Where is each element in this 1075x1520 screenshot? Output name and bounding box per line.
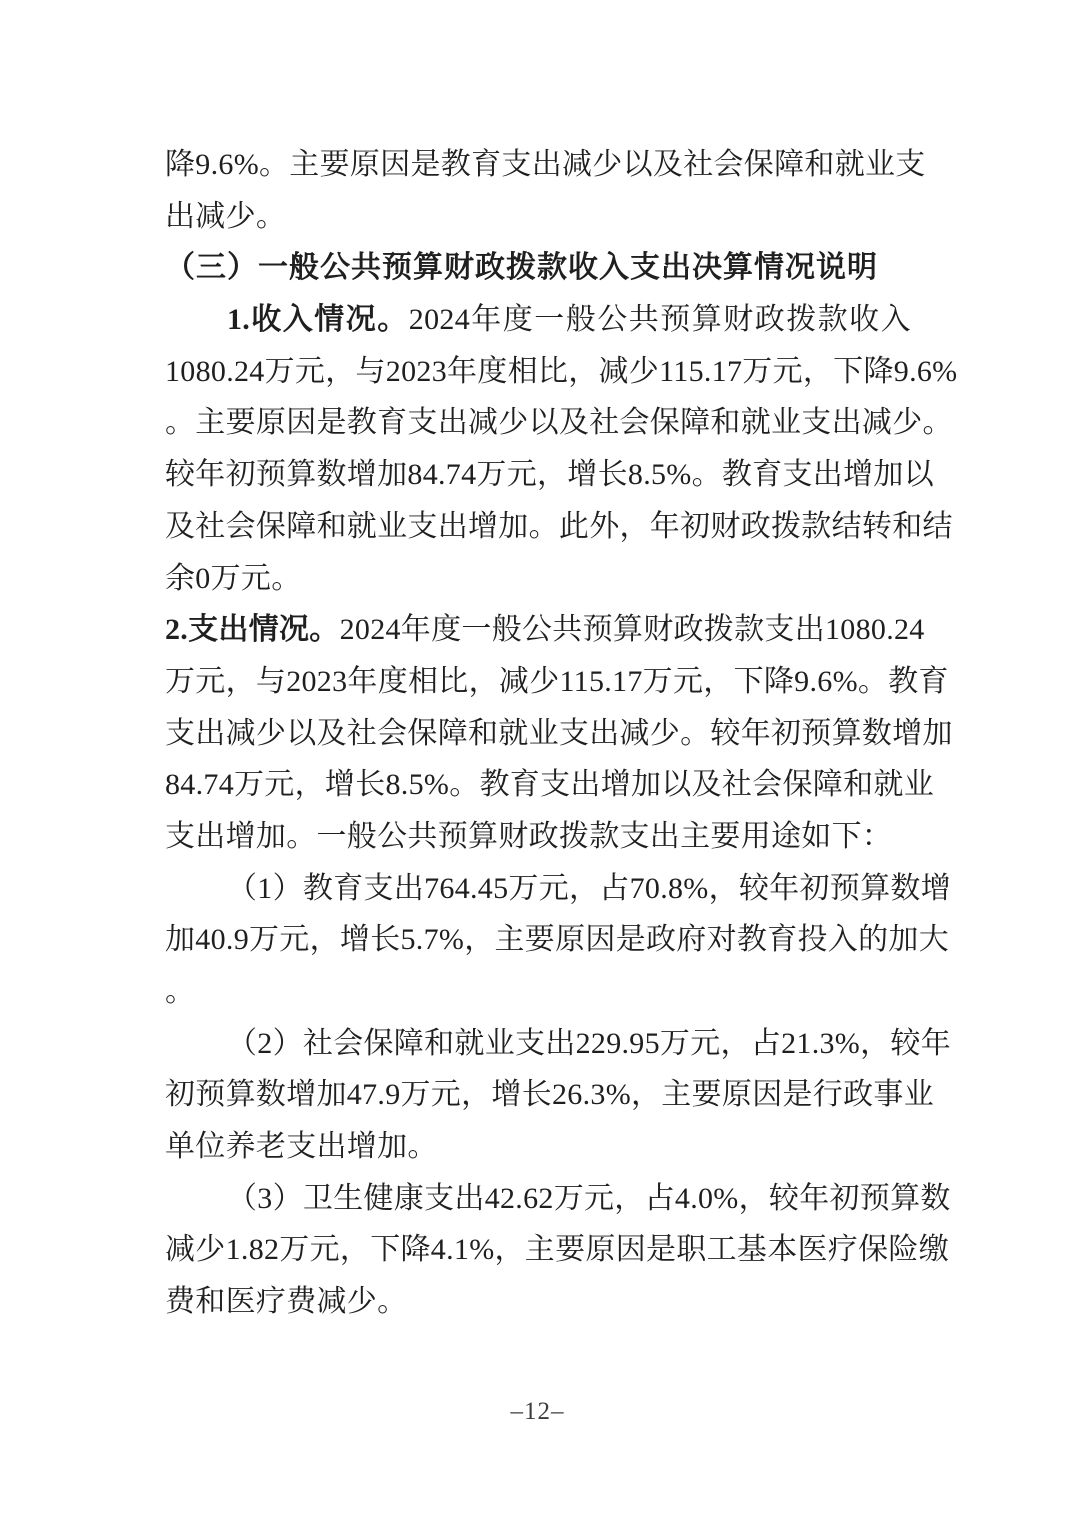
text-line: 费和医疗费减少。 bbox=[165, 1276, 911, 1328]
text-line: 1080.24万元，与2023年度相比，减少115.17万元，下降9.6% bbox=[165, 346, 911, 398]
body-text: 单位养老支出增加。 bbox=[165, 1130, 438, 1163]
body-text: 2024年度一般公共预算财政拨款支出1080.24 bbox=[340, 613, 925, 646]
body-text: 加40.9万元，增长5.7%，主要原因是政府对教育投入的加大 bbox=[165, 923, 949, 956]
body-text: 出减少。 bbox=[165, 200, 286, 233]
body-text: 2024年度一般公共预算财政拨款收入 bbox=[409, 303, 911, 336]
body-text: 降9.6%。主要原因是教育支出减少以及社会保障和就业支 bbox=[165, 148, 926, 181]
text-line: 减少1.82万元，下降4.1%，主要原因是职工基本医疗保险缴 bbox=[165, 1224, 911, 1276]
body-text: 支出减少以及社会保障和就业支出减少。较年初预算数增加 bbox=[165, 717, 953, 750]
text-line: 支出减少以及社会保障和就业支出减少。较年初预算数增加 bbox=[165, 708, 911, 760]
text-line: 及社会保障和就业支出增加。此外，年初财政拨款结转和结 bbox=[165, 501, 911, 553]
section-heading: （三）一般公共预算财政拨款收入支出决算情况说明 bbox=[165, 242, 911, 294]
text-line: （3）卫生健康支出42.62万元，占4.0%，较年初预算数 bbox=[165, 1173, 911, 1225]
body-text: 费和医疗费减少。 bbox=[165, 1285, 407, 1318]
body-text: 。 bbox=[165, 975, 195, 1008]
text-line: 万元，与2023年度相比，减少115.17万元，下降9.6%。教育 bbox=[165, 656, 911, 708]
text-line: 1.收入情况。2024年度一般公共预算财政拨款收入 bbox=[165, 294, 911, 346]
text-line: 余0万元。 bbox=[165, 553, 911, 605]
body-text: 万元，与2023年度相比，减少115.17万元，下降9.6%。教育 bbox=[165, 665, 949, 698]
body-text: 84.74万元，增长8.5%。教育支出增加以及社会保障和就业 bbox=[165, 768, 934, 801]
body-text: （1）教育支出764.45万元，占70.8%，较年初预算数增 bbox=[227, 872, 951, 905]
body-text: 。主要原因是教育支出减少以及社会保障和就业支出减少。 bbox=[165, 406, 953, 439]
bold-text: 2.支出情况。 bbox=[165, 613, 340, 646]
text-line: 加40.9万元，增长5.7%，主要原因是政府对教育投入的加大 bbox=[165, 914, 911, 966]
text-line: （2）社会保障和就业支出229.95万元，占21.3%，较年 bbox=[165, 1018, 911, 1070]
text-line: 。 bbox=[165, 966, 911, 1018]
page-footer: –12– bbox=[0, 1398, 1075, 1426]
text-line: 支出增加。一般公共预算财政拨款支出主要用途如下： bbox=[165, 811, 911, 863]
body-text: 1080.24万元，与2023年度相比，减少115.17万元，下降9.6% bbox=[165, 355, 957, 388]
bold-text: 1.收入情况。 bbox=[227, 303, 409, 336]
text-line: 单位养老支出增加。 bbox=[165, 1121, 911, 1173]
text-line: 初预算数增加47.9万元，增长26.3%，主要原因是行政事业 bbox=[165, 1069, 911, 1121]
text-line: 84.74万元，增长8.5%。教育支出增加以及社会保障和就业 bbox=[165, 759, 911, 811]
bold-text: （三）一般公共预算财政拨款收入支出决算情况说明 bbox=[165, 251, 878, 284]
body-text: （3）卫生健康支出42.62万元，占4.0%，较年初预算数 bbox=[227, 1182, 951, 1215]
body-text: 初预算数增加47.9万元，增长26.3%，主要原因是行政事业 bbox=[165, 1078, 934, 1111]
body-text: 支出增加。一般公共预算财政拨款支出主要用途如下： bbox=[165, 820, 892, 853]
body-text: 余0万元。 bbox=[165, 562, 302, 595]
text-line: 。主要原因是教育支出减少以及社会保障和就业支出减少。 bbox=[165, 397, 911, 449]
body-text: 及社会保障和就业支出增加。此外，年初财政拨款结转和结 bbox=[165, 510, 953, 543]
body-text: （2）社会保障和就业支出229.95万元，占21.3%，较年 bbox=[227, 1027, 951, 1060]
page-number: –12– bbox=[511, 1398, 565, 1425]
body-text: 较年初预算数增加84.74万元，增长8.5%。教育支出增加以 bbox=[165, 458, 934, 491]
document-body: 降9.6%。主要原因是教育支出减少以及社会保障和就业支出减少。（三）一般公共预算… bbox=[165, 139, 911, 1328]
text-line: 较年初预算数增加84.74万元，增长8.5%。教育支出增加以 bbox=[165, 449, 911, 501]
document-page: 降9.6%。主要原因是教育支出减少以及社会保障和就业支出减少。（三）一般公共预算… bbox=[0, 0, 1075, 1520]
text-line: 降9.6%。主要原因是教育支出减少以及社会保障和就业支 bbox=[165, 139, 911, 191]
text-line: 2.支出情况。2024年度一般公共预算财政拨款支出1080.24 bbox=[165, 604, 911, 656]
text-line: 出减少。 bbox=[165, 191, 911, 243]
body-text: 减少1.82万元，下降4.1%，主要原因是职工基本医疗保险缴 bbox=[165, 1233, 949, 1266]
text-line: （1）教育支出764.45万元，占70.8%，较年初预算数增 bbox=[165, 863, 911, 915]
